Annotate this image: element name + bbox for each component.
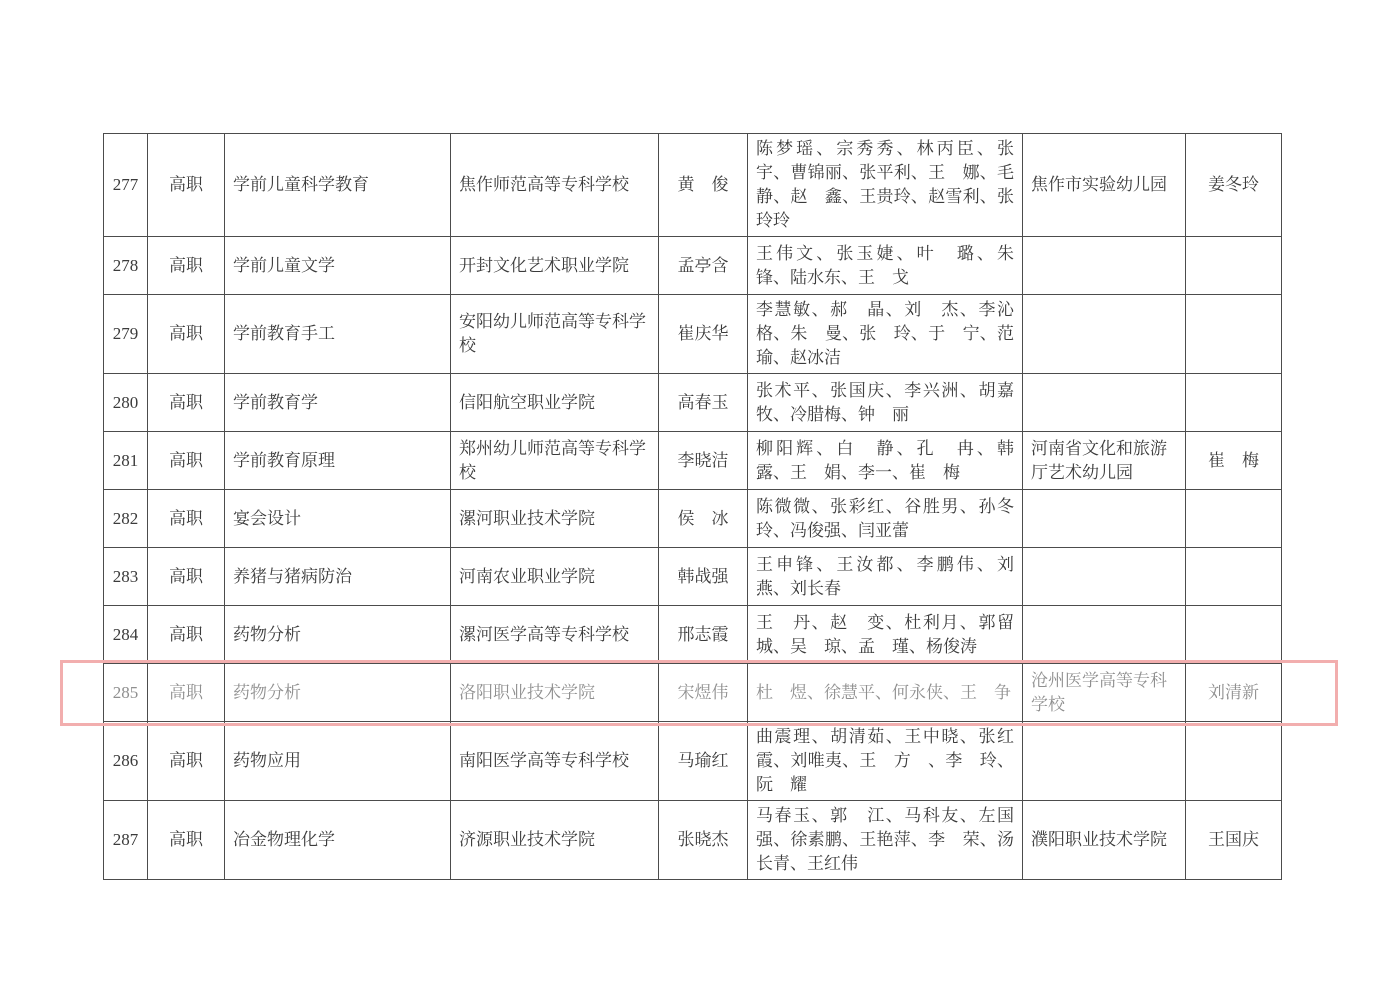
cell-partner-org xyxy=(1023,548,1186,606)
table-body: 277高职学前儿童科学教育焦作师范高等专科学校黄 俊陈梦瑶、宗秀秀、林丙臣、张 … xyxy=(104,134,1282,880)
cell-course-name: 宴会设计 xyxy=(225,490,451,548)
table-row: 282高职宴会设计漯河职业技术学院侯 冰陈微微、张彩红、谷胜男、孙冬玲、冯俊强、… xyxy=(104,490,1282,548)
cell-leader-name: 邢志霞 xyxy=(659,606,748,664)
cell-partner-contact xyxy=(1186,548,1282,606)
cell-level: 高职 xyxy=(148,295,225,374)
cell-school-name: 河南农业职业学院 xyxy=(451,548,659,606)
cell-number: 283 xyxy=(104,548,148,606)
cell-school-name: 南阳医学高等专科学校 xyxy=(451,722,659,801)
cell-number: 280 xyxy=(104,374,148,432)
cell-level: 高职 xyxy=(148,237,225,295)
cell-partner-contact xyxy=(1186,722,1282,801)
cell-partner-org xyxy=(1023,237,1186,295)
cell-team-members: 陈微微、张彩红、谷胜男、孙冬玲、冯俊强、闫亚蕾 xyxy=(748,490,1023,548)
cell-course-name: 药物应用 xyxy=(225,722,451,801)
cell-course-name: 药物分析 xyxy=(225,664,451,722)
cell-team-members: 柳阳辉、白 静、孔 冉、韩 露、王 娟、李一、崔 梅 xyxy=(748,432,1023,490)
cell-team-members: 王 丹、赵 变、杜利月、郭留城、吴 琼、孟 瑾、杨俊涛 xyxy=(748,606,1023,664)
cell-school-name: 漯河职业技术学院 xyxy=(451,490,659,548)
cell-partner-contact: 王国庆 xyxy=(1186,801,1282,880)
cell-school-name: 开封文化艺术职业学院 xyxy=(451,237,659,295)
cell-number: 285 xyxy=(104,664,148,722)
cell-leader-name: 崔庆华 xyxy=(659,295,748,374)
table-row: 277高职学前儿童科学教育焦作师范高等专科学校黄 俊陈梦瑶、宗秀秀、林丙臣、张 … xyxy=(104,134,1282,237)
cell-number: 281 xyxy=(104,432,148,490)
cell-level: 高职 xyxy=(148,490,225,548)
table-row: 279高职学前教育手工安阳幼儿师范高等专科学校崔庆华李慧敏、郝 晶、刘 杰、李沁… xyxy=(104,295,1282,374)
cell-partner-contact: 崔 梅 xyxy=(1186,432,1282,490)
courses-table: 277高职学前儿童科学教育焦作师范高等专科学校黄 俊陈梦瑶、宗秀秀、林丙臣、张 … xyxy=(103,133,1282,880)
table-row: 280高职学前教育学信阳航空职业学院高春玉张术平、张国庆、李兴洲、胡嘉牧、冷腊梅… xyxy=(104,374,1282,432)
table-row: 281高职学前教育原理郑州幼儿师范高等专科学校李晓洁柳阳辉、白 静、孔 冉、韩 … xyxy=(104,432,1282,490)
cell-level: 高职 xyxy=(148,801,225,880)
cell-team-members: 张术平、张国庆、李兴洲、胡嘉牧、冷腊梅、钟 丽 xyxy=(748,374,1023,432)
cell-number: 287 xyxy=(104,801,148,880)
table-row: 286高职药物应用南阳医学高等专科学校马瑜红曲震理、胡清茹、王中晓、张红霞、刘唯… xyxy=(104,722,1282,801)
table-row: 284高职药物分析漯河医学高等专科学校邢志霞王 丹、赵 变、杜利月、郭留城、吴 … xyxy=(104,606,1282,664)
cell-course-name: 冶金物理化学 xyxy=(225,801,451,880)
cell-partner-org xyxy=(1023,295,1186,374)
cell-number: 284 xyxy=(104,606,148,664)
cell-team-members: 马春玉、郭 江、马科友、左国强、徐素鹏、王艳萍、李 荣、汤长青、王红伟 xyxy=(748,801,1023,880)
cell-leader-name: 韩战强 xyxy=(659,548,748,606)
cell-leader-name: 李晓洁 xyxy=(659,432,748,490)
cell-partner-org xyxy=(1023,374,1186,432)
cell-school-name: 洛阳职业技术学院 xyxy=(451,664,659,722)
cell-partner-org: 河南省文化和旅游厅艺术幼儿园 xyxy=(1023,432,1186,490)
cell-level: 高职 xyxy=(148,374,225,432)
cell-course-name: 学前儿童科学教育 xyxy=(225,134,451,237)
cell-number: 282 xyxy=(104,490,148,548)
cell-partner-org: 焦作市实验幼儿园 xyxy=(1023,134,1186,237)
table-row: 285高职药物分析洛阳职业技术学院宋煜伟杜 煜、徐慧平、何永侠、王 争沧州医学高… xyxy=(104,664,1282,722)
cell-team-members: 李慧敏、郝 晶、刘 杰、李沁格、朱 曼、张 玲、于 宁、范 瑜、赵冰洁 xyxy=(748,295,1023,374)
cell-number: 279 xyxy=(104,295,148,374)
table-row: 283高职养猪与猪病防治河南农业职业学院韩战强王申锋、王汝都、李鹏伟、刘 燕、刘… xyxy=(104,548,1282,606)
cell-partner-contact xyxy=(1186,606,1282,664)
cell-school-name: 郑州幼儿师范高等专科学校 xyxy=(451,432,659,490)
table-row: 287高职冶金物理化学济源职业技术学院张晓杰马春玉、郭 江、马科友、左国强、徐素… xyxy=(104,801,1282,880)
cell-level: 高职 xyxy=(148,548,225,606)
cell-school-name: 焦作师范高等专科学校 xyxy=(451,134,659,237)
cell-partner-org xyxy=(1023,490,1186,548)
cell-leader-name: 马瑜红 xyxy=(659,722,748,801)
cell-course-name: 学前教育原理 xyxy=(225,432,451,490)
cell-level: 高职 xyxy=(148,722,225,801)
cell-number: 277 xyxy=(104,134,148,237)
cell-leader-name: 孟亭含 xyxy=(659,237,748,295)
cell-course-name: 学前教育学 xyxy=(225,374,451,432)
cell-partner-org: 濮阳职业技术学院 xyxy=(1023,801,1186,880)
cell-team-members: 陈梦瑶、宗秀秀、林丙臣、张 宇、曹锦丽、张平利、王 娜、毛 静、赵 鑫、王贵玲、… xyxy=(748,134,1023,237)
cell-leader-name: 高春玉 xyxy=(659,374,748,432)
cell-number: 286 xyxy=(104,722,148,801)
cell-partner-org xyxy=(1023,722,1186,801)
cell-leader-name: 宋煜伟 xyxy=(659,664,748,722)
cell-school-name: 安阳幼儿师范高等专科学校 xyxy=(451,295,659,374)
cell-level: 高职 xyxy=(148,432,225,490)
cell-leader-name: 黄 俊 xyxy=(659,134,748,237)
table-row: 278高职学前儿童文学开封文化艺术职业学院孟亭含王伟文、张玉婕、叶 璐、朱 锋、… xyxy=(104,237,1282,295)
cell-school-name: 济源职业技术学院 xyxy=(451,801,659,880)
cell-school-name: 信阳航空职业学院 xyxy=(451,374,659,432)
cell-team-members: 王申锋、王汝都、李鹏伟、刘 燕、刘长春 xyxy=(748,548,1023,606)
cell-team-members: 王伟文、张玉婕、叶 璐、朱 锋、陆水东、王 戈 xyxy=(748,237,1023,295)
cell-partner-contact xyxy=(1186,237,1282,295)
cell-level: 高职 xyxy=(148,606,225,664)
cell-partner-contact: 姜冬玲 xyxy=(1186,134,1282,237)
cell-partner-contact: 刘清新 xyxy=(1186,664,1282,722)
cell-team-members: 杜 煜、徐慧平、何永侠、王 争 xyxy=(748,664,1023,722)
cell-level: 高职 xyxy=(148,134,225,237)
cell-leader-name: 侯 冰 xyxy=(659,490,748,548)
cell-partner-contact xyxy=(1186,295,1282,374)
cell-team-members: 曲震理、胡清茹、王中晓、张红霞、刘唯夷、王 方 、李 玲、阮 耀 xyxy=(748,722,1023,801)
cell-course-name: 养猪与猪病防治 xyxy=(225,548,451,606)
cell-course-name: 药物分析 xyxy=(225,606,451,664)
cell-school-name: 漯河医学高等专科学校 xyxy=(451,606,659,664)
cell-partner-contact xyxy=(1186,490,1282,548)
cell-partner-contact xyxy=(1186,374,1282,432)
cell-level: 高职 xyxy=(148,664,225,722)
cell-number: 278 xyxy=(104,237,148,295)
cell-partner-org: 沧州医学高等专科学校 xyxy=(1023,664,1186,722)
cell-course-name: 学前教育手工 xyxy=(225,295,451,374)
cell-partner-org xyxy=(1023,606,1186,664)
cell-course-name: 学前儿童文学 xyxy=(225,237,451,295)
cell-leader-name: 张晓杰 xyxy=(659,801,748,880)
